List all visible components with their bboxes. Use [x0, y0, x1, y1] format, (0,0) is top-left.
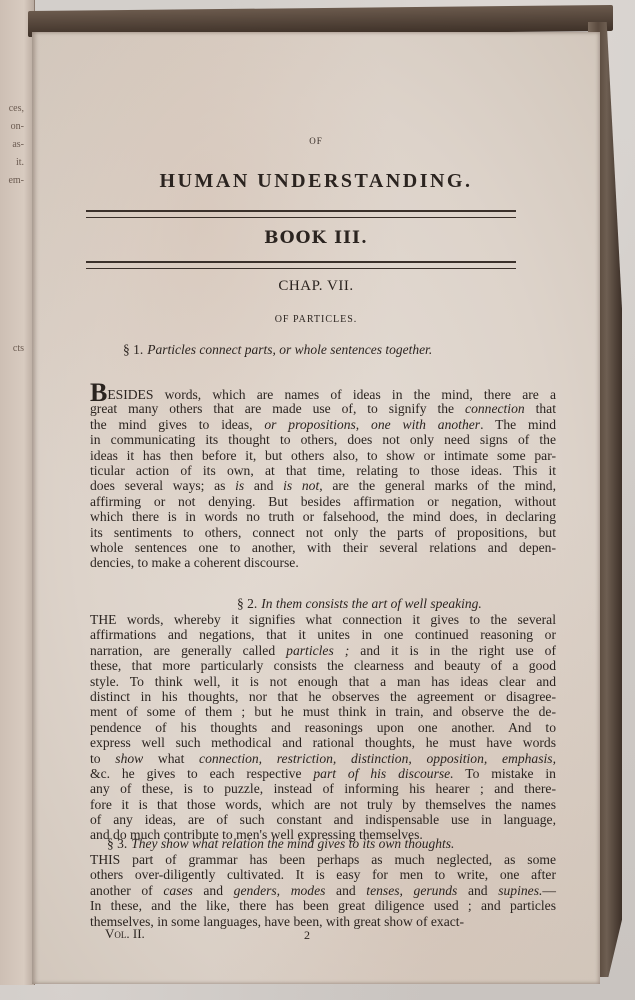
- text-run: part of grammar has been perhaps as much…: [120, 852, 556, 867]
- text-run: and it is in the right use of: [349, 643, 556, 658]
- section-number: § 1.: [123, 342, 143, 357]
- text-run: connection, restriction, distinction, op…: [199, 751, 556, 766]
- fragment: as-: [0, 136, 30, 154]
- text-line: pendence of his thoughts and reasonings …: [90, 720, 556, 735]
- section-title: They show what relation the mind gives t…: [131, 836, 454, 851]
- fragment: cts: [0, 340, 30, 358]
- text-run: cases: [163, 883, 192, 898]
- text-run: is not: [283, 478, 319, 493]
- text-run: genders, modes: [234, 883, 326, 898]
- text-run: others over-diligently cultivated. It is…: [90, 867, 556, 882]
- text-line: another of cases and genders, modes and …: [90, 883, 556, 898]
- section-3-body: THIS part of grammar has been perhaps as…: [90, 852, 556, 929]
- signature-mark: 2: [304, 928, 310, 943]
- text-run: in communicating its thought to others, …: [90, 432, 556, 447]
- text-line: distinct in his thoughts, nor that he ob…: [90, 689, 556, 704]
- text-run: ideas it has then before it, but others …: [90, 448, 556, 463]
- text-line: does several ways; as is and is not, are…: [90, 478, 556, 493]
- text-line: any of these, is to puzzle, instead of i…: [90, 781, 556, 796]
- section-title: In them consists the art of well speakin…: [261, 596, 481, 611]
- text-run: affirming or not denying. But besides af…: [90, 494, 556, 509]
- section-number: § 2.: [237, 596, 257, 611]
- text-run: great many others that are made use of, …: [90, 401, 465, 416]
- text-run: &c. he gives to each respective: [90, 766, 313, 781]
- text-line: ideas it has then before it, but others …: [90, 448, 556, 463]
- text-run: HIS: [98, 852, 120, 867]
- text-run: of any ideas, are of such constant and i…: [90, 812, 556, 827]
- text-line: style. To think well, it is not enough t…: [90, 674, 556, 689]
- fragment: em-: [0, 172, 30, 190]
- text-run: is: [235, 478, 244, 493]
- text-run: connection: [465, 401, 525, 416]
- text-run: these, that more particularly consists t…: [90, 658, 556, 673]
- text-run: dencies, to make a coherent discourse.: [90, 555, 299, 570]
- text-run: —: [542, 883, 556, 898]
- text-line: great many others that are made use of, …: [90, 401, 556, 416]
- text-run: and: [325, 883, 366, 898]
- text-run: that: [525, 401, 556, 416]
- text-line: &c. he gives to each respective part of …: [90, 766, 556, 781]
- text-run: express well such methodical and rationa…: [90, 735, 556, 750]
- text-line: fore it is that those words, which are n…: [90, 797, 556, 812]
- text-line: affirmations and negations, that it unit…: [90, 627, 556, 642]
- section-title: Particles connect parts, or whole senten…: [147, 342, 432, 357]
- fragment: it.: [0, 154, 30, 172]
- section-number: § 3.: [107, 836, 127, 851]
- text-run: part of his discourse.: [313, 766, 453, 781]
- section-2-heading: § 2.In them consists the art of well spe…: [237, 596, 482, 612]
- section-2-body: THE words, whereby it signifies what con…: [90, 612, 556, 843]
- text-run: pendence of his thoughts and reasonings …: [90, 720, 556, 735]
- chapter-subtitle: OF PARTICLES.: [32, 314, 600, 325]
- text-run: affirmations and negations, that it unit…: [90, 627, 556, 642]
- text-line: in communicating its thought to others, …: [90, 432, 556, 447]
- text-run: ,: [356, 417, 371, 432]
- work-title: HUMAN UNDERSTANDING.: [32, 170, 600, 193]
- book-number-heading: BOOK III.: [32, 228, 600, 248]
- text-run: particles ;: [286, 643, 349, 658]
- text-run: what: [143, 751, 199, 766]
- text-run: , are the general marks of the mind,: [319, 478, 556, 493]
- text-run: another of: [90, 883, 163, 898]
- text-run: and: [193, 883, 234, 898]
- text-line: of any ideas, are of such constant and i…: [90, 812, 556, 827]
- text-line: In these, and the like, there has been g…: [90, 898, 556, 913]
- chapter-heading: CHAP. VII.: [32, 278, 600, 295]
- text-line: themselves, in some languages, have been…: [90, 914, 556, 929]
- text-line: BESIDES words, which are names of ideas …: [90, 386, 556, 401]
- text-line: ment of some of them ; but he must think…: [90, 704, 556, 719]
- volume-footer: Vol. II.: [105, 926, 145, 942]
- text-run: fore it is that those words, which are n…: [90, 797, 556, 812]
- text-run: narration, are generally called: [90, 643, 286, 658]
- text-run: its sentiments to others, connect not on…: [90, 525, 556, 540]
- text-run: or propositions: [264, 417, 355, 432]
- text-run: To mistake in: [454, 766, 556, 781]
- text-run: HE: [98, 612, 116, 627]
- text-run: ESIDES: [107, 387, 153, 402]
- text-line: THIS part of grammar has been perhaps as…: [90, 852, 556, 867]
- text-run: supines.: [498, 883, 542, 898]
- text-run: themselves, in some languages, have been…: [90, 914, 464, 929]
- text-run: to: [90, 751, 115, 766]
- text-run: show: [115, 751, 143, 766]
- text-line: THE words, whereby it signifies what con…: [90, 612, 556, 627]
- text-line: its sentiments to others, connect not on…: [90, 525, 556, 540]
- text-line: narration, are generally called particle…: [90, 643, 556, 658]
- double-rule-top: [86, 210, 516, 218]
- text-run: any of these, is to puzzle, instead of i…: [90, 781, 556, 796]
- section-1-body: BESIDES words, which are names of ideas …: [90, 386, 556, 571]
- previous-page-edge: ces, on- as- it. em- cts: [0, 0, 35, 985]
- text-line: the mind gives to ideas, or propositions…: [90, 417, 556, 432]
- text-run: which there is in words no truth or fals…: [90, 509, 556, 524]
- text-run: and: [244, 478, 283, 493]
- text-run: the mind gives to ideas,: [90, 417, 264, 432]
- text-run: and: [457, 883, 498, 898]
- text-line: to show what connection, restriction, di…: [90, 751, 556, 766]
- text-line: these, that more particularly consists t…: [90, 658, 556, 673]
- previous-page-text-fragments: ces, on- as- it. em- cts: [0, 100, 30, 358]
- text-run: style. To think well, it is not enough t…: [90, 674, 556, 689]
- double-rule-bottom: [86, 261, 516, 269]
- text-run: words, whereby it signifies what connect…: [116, 612, 556, 627]
- title-of-line: OF: [32, 136, 600, 146]
- fragment-gap: [0, 190, 30, 340]
- text-run: one with another: [371, 417, 480, 432]
- text-run: ticular action of its own, at that time,…: [90, 463, 556, 478]
- text-run: whole sentences one to another, with the…: [90, 540, 556, 555]
- section-1-heading: § 1.Particles connect parts, or whole se…: [123, 342, 432, 358]
- text-run: In these, and the like, there has been g…: [90, 898, 556, 913]
- text-run: words, which are names of ideas in the m…: [153, 387, 556, 402]
- fragment: ces,: [0, 100, 30, 118]
- book-page: OF HUMAN UNDERSTANDING. BOOK III. CHAP. …: [32, 32, 600, 984]
- text-line: others over-diligently cultivated. It is…: [90, 867, 556, 882]
- text-line: which there is in words no truth or fals…: [90, 509, 556, 524]
- text-run: does several ways; as: [90, 478, 235, 493]
- text-line: whole sentences one to another, with the…: [90, 540, 556, 555]
- text-run: . The mind: [480, 417, 556, 432]
- text-line: dencies, to make a coherent discourse.: [90, 555, 556, 570]
- text-line: express well such methodical and rationa…: [90, 735, 556, 750]
- text-run: tenses, gerunds: [366, 883, 457, 898]
- text-line: ticular action of its own, at that time,…: [90, 463, 556, 478]
- text-line: affirming or not denying. But besides af…: [90, 494, 556, 509]
- fragment: on-: [0, 118, 30, 136]
- text-run: ment of some of them ; but he must think…: [90, 704, 556, 719]
- section-3-heading: § 3.They show what relation the mind giv…: [107, 836, 454, 852]
- text-run: distinct in his thoughts, nor that he ob…: [90, 689, 556, 704]
